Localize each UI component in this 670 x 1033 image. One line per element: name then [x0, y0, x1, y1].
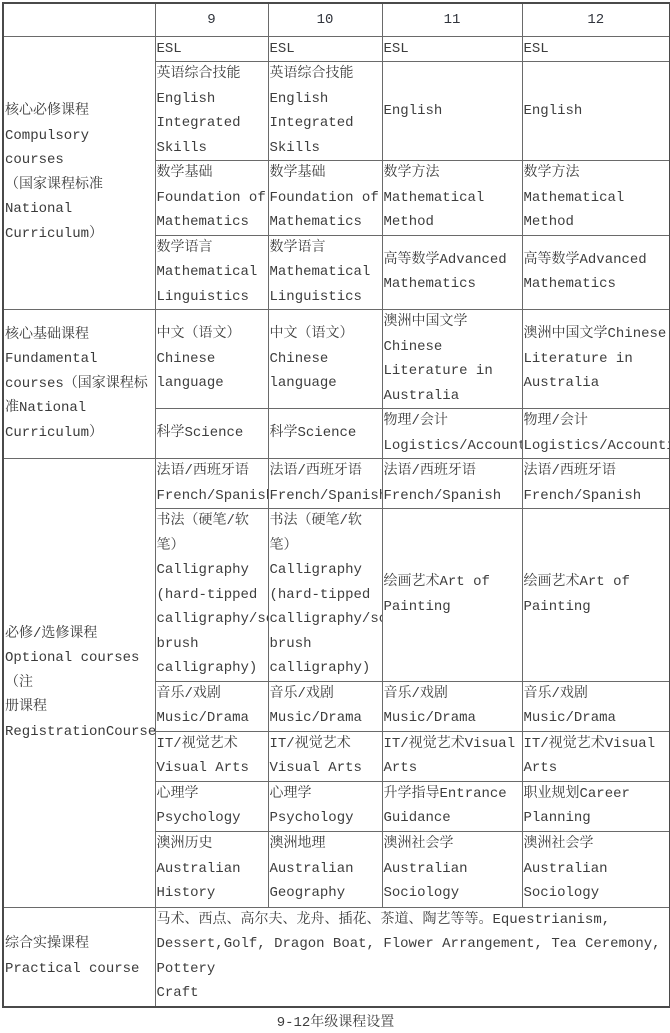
cell-math-method-grade12: 数学方法Mathematical Method	[522, 161, 670, 236]
grade-header-row: 9 10 11 12	[3, 3, 670, 36]
cell-australian-sociology-grade12: 澳洲社会学Australian Sociology	[522, 831, 670, 907]
table-caption: 9-12年级课程设置	[2, 1013, 669, 1033]
cell-advanced-math-grade12: 高等数学Advanced Mathematics	[522, 235, 670, 310]
cell-french-spanish-grade10: 法语/西班牙语 French/Spanish	[268, 459, 382, 509]
cell-chinese-grade10: 中文（语文） Chinese language	[268, 310, 382, 409]
cell-chinese-literature-grade12: 澳洲中国文学Chinese Literature in Australia	[522, 310, 670, 409]
cell-math-foundation-grade9: 数学基础 Foundation of Mathematics	[155, 161, 268, 236]
cell-australian-history-grade9: 澳洲历史 Australian History	[155, 831, 268, 907]
curriculum-table: 9 10 11 12 核心必修课程 Compulsory courses （国家…	[2, 2, 670, 1008]
category-optional-courses: 必修/选修课程 Optional courses（注 册课程 Registrat…	[3, 459, 155, 908]
category-compulsory-courses: 核心必修课程 Compulsory courses （国家课程标准 Nation…	[3, 36, 155, 310]
cell-math-foundation-grade10: 数学基础 Foundation of Mathematics	[268, 161, 382, 236]
cell-french-spanish-grade11: 法语/西班牙语 French/Spanish	[382, 459, 522, 509]
cell-music-drama-grade10: 音乐/戏剧 Music/Drama	[268, 681, 382, 731]
grade-header-9: 9	[155, 3, 268, 36]
cell-calligraphy-grade10: 书法（硬笔/软 笔）Calligraphy (hard-tipped calli…	[268, 509, 382, 682]
cell-australian-geography-grade10: 澳洲地理 Australian Geography	[268, 831, 382, 907]
cell-advanced-math-grade11: 高等数学Advanced Mathematics	[382, 235, 522, 310]
cell-chinese-grade9: 中文（语文） Chinese language	[155, 310, 268, 409]
cell-music-drama-grade12: 音乐/戏剧Music/Drama	[522, 681, 670, 731]
cell-esl-grade10: ESL	[268, 36, 382, 62]
cell-esl-grade9: ESL	[155, 36, 268, 62]
cell-math-linguistics-grade10: 数学语言 Mathematical Linguistics	[268, 235, 382, 310]
cell-chinese-literature-grade11: 澳洲中国文学Chinese Literature in Australia	[382, 310, 522, 409]
cell-visual-arts-grade10: IT/视觉艺术 Visual Arts	[268, 731, 382, 781]
cell-painting-grade12: 绘画艺术Art of Painting	[522, 509, 670, 682]
cell-psychology-grade10: 心理学Psychology	[268, 781, 382, 831]
row-practical: 综合实操课程 Practical course 马术、西点、高尔夫、龙舟、插花、…	[3, 907, 670, 1007]
row-esl: 核心必修课程 Compulsory courses （国家课程标准 Nation…	[3, 36, 670, 62]
cell-entrance-guidance-grade11: 升学指导Entrance Guidance	[382, 781, 522, 831]
cell-calligraphy-grade9: 书法（硬笔/软 笔）Calligraphy (hard-tipped calli…	[155, 509, 268, 682]
cell-music-drama-grade9: 音乐/戏剧 Music/Drama	[155, 681, 268, 731]
row-french-spanish: 必修/选修课程 Optional courses（注 册课程 Registrat…	[3, 459, 670, 509]
cell-visual-arts-grade12: IT/视觉艺术Visual Arts	[522, 731, 670, 781]
category-practical-course: 综合实操课程 Practical course	[3, 907, 155, 1007]
cell-math-method-grade11: 数学方法Mathematical Method	[382, 161, 522, 236]
cell-esl-grade11: ESL	[382, 36, 522, 62]
cell-french-spanish-grade12: 法语/西班牙语 French/Spanish	[522, 459, 670, 509]
category-fundamental-courses: 核心基础课程 Fundamental courses（国家课程标 准Nation…	[3, 310, 155, 459]
cell-math-linguistics-grade9: 数学语言 Mathematical Linguistics	[155, 235, 268, 310]
cell-visual-arts-grade9: IT/视觉艺术 Visual Arts	[155, 731, 268, 781]
cell-career-planning-grade12: 职业规划Career Planning	[522, 781, 670, 831]
cell-english-grade12: English	[522, 62, 670, 161]
cell-practical-activities: 马术、西点、高尔夫、龙舟、插花、茶道、陶艺等等。Equestrianism, D…	[155, 907, 670, 1007]
cell-english-grade9: 英语综合技能 English Integrated Skills	[155, 62, 268, 161]
grade-header-12: 12	[522, 3, 670, 36]
cell-physics-accounting-grade12: 物理/会计 Logistics/Accounting	[522, 409, 670, 459]
cell-science-grade10: 科学Science	[268, 409, 382, 459]
cell-science-grade9: 科学Science	[155, 409, 268, 459]
cell-esl-grade12: ESL	[522, 36, 670, 62]
cell-psychology-grade9: 心理学Psychology	[155, 781, 268, 831]
cell-french-spanish-grade9: 法语/西班牙语 French/Spanish	[155, 459, 268, 509]
cell-painting-grade11: 绘画艺术Art of Painting	[382, 509, 522, 682]
row-chinese: 核心基础课程 Fundamental courses（国家课程标 准Nation…	[3, 310, 670, 409]
cell-music-drama-grade11: 音乐/戏剧Music/Drama	[382, 681, 522, 731]
cell-physics-accounting-grade11: 物理/会计 Logistics/Accounting	[382, 409, 522, 459]
cell-english-grade10: 英语综合技能 English Integrated Skills	[268, 62, 382, 161]
grade-header-10: 10	[268, 3, 382, 36]
cell-visual-arts-grade11: IT/视觉艺术Visual Arts	[382, 731, 522, 781]
corner-cell	[3, 3, 155, 36]
cell-australian-sociology-grade11: 澳洲社会学Australian Sociology	[382, 831, 522, 907]
cell-english-grade11: English	[382, 62, 522, 161]
grade-header-11: 11	[382, 3, 522, 36]
